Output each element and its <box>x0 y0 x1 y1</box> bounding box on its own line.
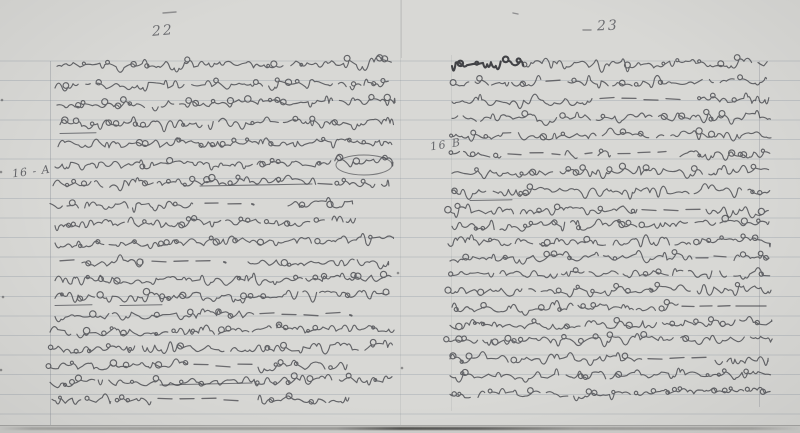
book-edge-shadow <box>0 427 800 430</box>
page-number-left: 22 <box>151 22 174 40</box>
right-page-left-margin-line <box>451 55 452 411</box>
margin-note-right: 16 B <box>429 136 462 154</box>
page-number-right: 23 <box>597 18 619 35</box>
handwriting-ink-layer <box>0 0 800 433</box>
center-gutter-crease-top <box>401 0 402 58</box>
left-page-margin-line <box>50 61 51 425</box>
center-gutter-crease <box>400 0 401 433</box>
manuscript-scan: 22 23 16 - A 16 B <box>0 0 800 433</box>
margin-note-left: 16 - A <box>11 163 51 181</box>
right-page-margin-line <box>759 61 760 407</box>
scan-vignette <box>0 0 800 433</box>
ruled-lines <box>0 42 800 416</box>
